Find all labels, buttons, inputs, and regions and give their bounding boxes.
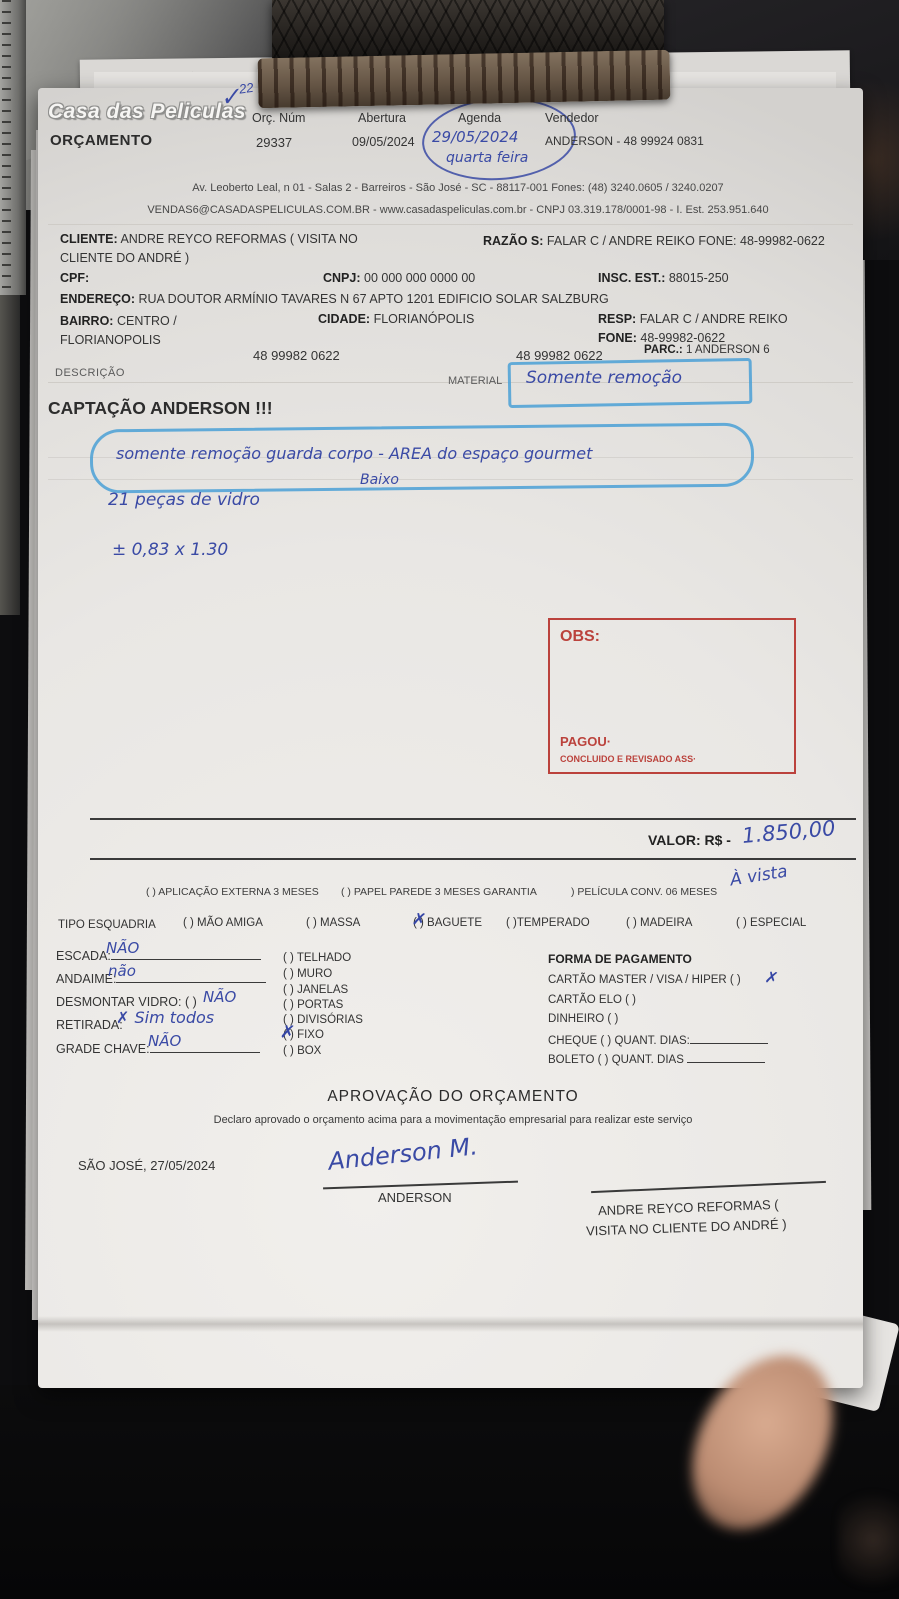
grade-chave-handwritten: NÃO xyxy=(148,1032,181,1050)
payment-dinheiro: DINHEIRO ( ) xyxy=(548,1013,618,1025)
andaime-blank-line xyxy=(116,971,266,983)
abertura-label: Abertura xyxy=(358,111,406,125)
cheque-days-blank xyxy=(690,1032,768,1044)
company-logo: Casa das Peliculas xyxy=(48,100,246,124)
checkbox-glyph: ( ) xyxy=(283,968,294,980)
endereco-row: ENDEREÇO: RUA DOUTOR ARMÍNIO TAVARES N 6… xyxy=(60,292,850,306)
payment-title: FORMA DE PAGAMENTO xyxy=(548,952,692,966)
payment-master: CARTÃO MASTER / VISA / HIPER ( ) xyxy=(548,974,741,986)
payment-elo: CARTÃO ELO ( ) xyxy=(548,994,636,1006)
retirada-handwritten: ✗ Sim todos xyxy=(116,1008,214,1027)
option-temperado: ( )TEMPERADO xyxy=(506,917,590,929)
vendedor-label: Vendedor xyxy=(545,111,599,125)
option-madeira: ( ) MADEIRA xyxy=(626,917,692,929)
approval-title: APROVAÇÃO DO ORÇAMENTO xyxy=(133,1088,773,1106)
desmontar-label: DESMONTAR VIDRO: ( ) xyxy=(56,995,197,1009)
cnpj-value: 00 000 000 0000 00 xyxy=(364,271,475,285)
insc-row: INSC. EST.: 88015-250 xyxy=(598,271,729,285)
corner-light-smudge xyxy=(838,1480,899,1599)
checkbox-label: PORTAS xyxy=(297,999,343,1011)
checkbox-portas: ( ) PORTAS xyxy=(283,999,343,1011)
retirada-label: RETIRADA: xyxy=(56,1018,123,1032)
obs-stamp-box: OBS: PAGOU· CONCLUIDO E REVISADO ASS· xyxy=(548,618,796,774)
handwritten-pieces-line: 21 peças de vidro xyxy=(108,490,260,510)
valor-note-handwritten: À vista xyxy=(729,862,789,891)
bairro-row: BAIRRO: CENTRO / FLORIANOPOLIS xyxy=(60,312,220,350)
company-address-line: Av. Leoberto Leal, n 01 - Salas 2 - Barr… xyxy=(93,182,823,194)
doc-type-title: ORÇAMENTO xyxy=(50,132,153,149)
endereco-value: RUA DOUTOR ARMÍNIO TAVARES N 67 APTO 120… xyxy=(139,292,609,306)
desmontar-handwritten: NÃO xyxy=(203,988,236,1006)
option-aplicacao-externa: ( ) APLICAÇÃO EXTERNA 3 MESES xyxy=(146,886,319,898)
cidade-row: CIDADE: FLORIANÓPOLIS xyxy=(318,312,474,326)
payment-cheque-label: CHEQUE ( ) QUANT. DIAS: xyxy=(548,1035,690,1047)
header-divider xyxy=(48,224,853,225)
cliente-row: CLIENTE: ANDRE REYCO REFORMAS ( VISITA N… xyxy=(60,230,390,268)
handwritten-baixo: Baixo xyxy=(360,472,399,488)
parc-value: 1 ANDERSON 6 xyxy=(686,344,770,356)
vendor-signature-name: ANDERSON xyxy=(378,1190,452,1205)
option-especial: ( ) ESPECIAL xyxy=(736,917,806,929)
company-contact-line: VENDAS6@CASADASPELICULAS.COM.BR - www.ca… xyxy=(83,204,833,216)
checkbox-glyph: ( ) xyxy=(283,952,294,964)
razao-label: RAZÃO S: xyxy=(483,234,543,248)
payment-boleto-label: BOLETO ( ) QUANT. DIAS xyxy=(548,1054,684,1066)
abertura-value: 09/05/2024 xyxy=(352,135,415,149)
checkbox-box: ( ) BOX xyxy=(283,1045,321,1057)
master-check-mark: ✗ xyxy=(763,967,780,988)
cliente-label: CLIENTE: xyxy=(60,232,118,246)
descricao-label: DESCRIÇÃO xyxy=(55,367,125,379)
agenda-handwritten-date: 29/05/2024 xyxy=(432,128,518,146)
razao-row: RAZÃO S: FALAR C / ANDRE REIKO FONE: 48-… xyxy=(483,232,833,251)
fone-row: FONE: 48-99982-0622 xyxy=(598,331,725,345)
checkbox-telhado: ( ) TELHADO xyxy=(283,952,351,964)
fone-label: FONE: xyxy=(598,331,637,345)
checkbox-label: DIVISÓRIAS xyxy=(297,1014,363,1026)
orc-num-label: Orç. Núm xyxy=(252,111,305,125)
ruler-tick-marks xyxy=(2,0,11,295)
checkbox-glyph: ( ) xyxy=(283,999,294,1011)
parc-label: PARC.: xyxy=(644,344,683,356)
fone-value: 48-99982-0622 xyxy=(640,331,725,345)
tipo-esquadria-label: TIPO ESQUADRIA xyxy=(58,919,156,931)
client-signature-name-1: ANDRE REYCO REFORMAS ( xyxy=(598,1197,779,1218)
agenda-handwritten-day: quarta feira xyxy=(446,150,528,166)
vendor-signature-line xyxy=(323,1181,518,1189)
resp-value: FALAR C / ANDRE REIKO xyxy=(640,312,788,326)
cnpj-row: CNPJ: 00 000 000 0000 00 xyxy=(323,271,475,285)
material-label: MATERIAL xyxy=(448,375,502,387)
handwritten-number: 22 xyxy=(238,80,254,97)
escada-handwritten: NÃO xyxy=(106,939,139,957)
andaime-handwritten: não xyxy=(108,962,136,980)
checkbox-muro: ( ) MURO xyxy=(283,968,332,980)
payment-cheque: CHEQUE ( ) QUANT. DIAS: xyxy=(548,1032,768,1047)
checkbox-glyph: ( ) xyxy=(283,1045,294,1057)
paper-crease xyxy=(38,1316,863,1332)
approval-declaration: Declaro aprovado o orçamento acima para … xyxy=(98,1114,808,1126)
retirada-row: RETIRADA: xyxy=(56,1018,123,1032)
checkbox-janelas: ( ) JANELAS xyxy=(283,984,348,996)
handwritten-check-mark: ✓22 xyxy=(218,80,256,114)
resp-label: RESP: xyxy=(598,312,636,326)
client-signature-name-2: VISITA NO CLIENTE DO ANDRÉ ) xyxy=(586,1217,787,1239)
option-pelicula-conv: ) PELÍCULA CONV. 06 MESES xyxy=(571,886,717,898)
orc-num-value: 29337 xyxy=(256,135,292,150)
pagou-label: PAGOU· xyxy=(560,734,611,749)
cidade-value: FLORIANÓPOLIS xyxy=(374,312,475,326)
grade-chave-label: GRADE CHAVE: xyxy=(56,1042,150,1056)
option-papel-parede: ( ) PAPEL PAREDE 3 MESES GARANTIA xyxy=(341,886,537,898)
endereco-label: ENDEREÇO: xyxy=(60,292,135,306)
handwritten-description-line: somente remoção guarda corpo - AREA do e… xyxy=(116,444,592,463)
payment-boleto: BOLETO ( ) QUANT. DIAS xyxy=(548,1051,765,1066)
baguete-check-mark: ✗ xyxy=(411,909,428,931)
fixo-check-mark: ✗ xyxy=(279,1021,296,1043)
bairro-label: BAIRRO: xyxy=(60,314,113,328)
client-signature-line xyxy=(591,1181,826,1193)
clipboard-clip-bar xyxy=(258,50,671,109)
cnpj-label: CNPJ: xyxy=(323,271,361,285)
andaime-row: ANDAIME: xyxy=(56,971,266,986)
valor-handwritten: 1.850,00 xyxy=(741,816,836,848)
checkbox-label: FIXO xyxy=(297,1029,324,1041)
concluido-label: CONCLUIDO E REVISADO ASS· xyxy=(560,754,696,764)
desmontar-row: DESMONTAR VIDRO: ( ) xyxy=(56,995,197,1009)
material-handwritten: Somente remoção xyxy=(526,368,682,388)
valor-label: VALOR: R$ - xyxy=(648,832,731,848)
ruler-lower-shadow xyxy=(0,295,20,615)
parc-row: PARC.: 1 ANDERSON 6 xyxy=(644,344,770,356)
escada-row: ESCADA: xyxy=(56,948,261,963)
cidade-label: CIDADE: xyxy=(318,312,370,326)
place-date: SÃO JOSÉ, 27/05/2024 xyxy=(78,1158,215,1173)
valor-line-1 xyxy=(90,818,856,820)
checkbox-label: JANELAS xyxy=(297,984,348,996)
checkbox-label: MURO xyxy=(297,968,332,980)
boleto-days-blank xyxy=(687,1051,765,1063)
checkbox-label: BOX xyxy=(297,1045,321,1057)
valor-line-2 xyxy=(90,858,856,860)
option-massa: ( ) MASSA xyxy=(306,917,360,929)
obs-label: OBS: xyxy=(560,628,600,646)
resp-row: RESP: FALAR C / ANDRE REIKO xyxy=(598,312,788,326)
handwritten-measure-line: ± 0,83 x 1.30 xyxy=(112,540,228,560)
razao-value: FALAR C / ANDRE REIKO FONE: 48-99982-062… xyxy=(547,234,825,248)
vendedor-value: ANDERSON - 48 99924 0831 xyxy=(545,134,704,148)
checkbox-label: TELHADO xyxy=(297,952,351,964)
insc-label: INSC. EST.: xyxy=(598,271,665,285)
captacao-note: CAPTAÇÃO ANDERSON !!! xyxy=(48,398,273,419)
phone-left: 48 99982 0622 xyxy=(253,348,340,363)
insc-value: 88015-250 xyxy=(669,271,729,285)
budget-form-paper: Casa das Peliculas ✓22 ORÇAMENTO Orç. Nú… xyxy=(38,88,863,1388)
vendor-signature-handwritten: Anderson M. xyxy=(327,1132,479,1176)
escada-label: ESCADA: xyxy=(56,949,111,963)
option-mao-amiga: ( ) MÃO AMIGA xyxy=(183,917,263,929)
cpf-label: CPF: xyxy=(60,271,89,285)
checkbox-glyph: ( ) xyxy=(283,984,294,996)
